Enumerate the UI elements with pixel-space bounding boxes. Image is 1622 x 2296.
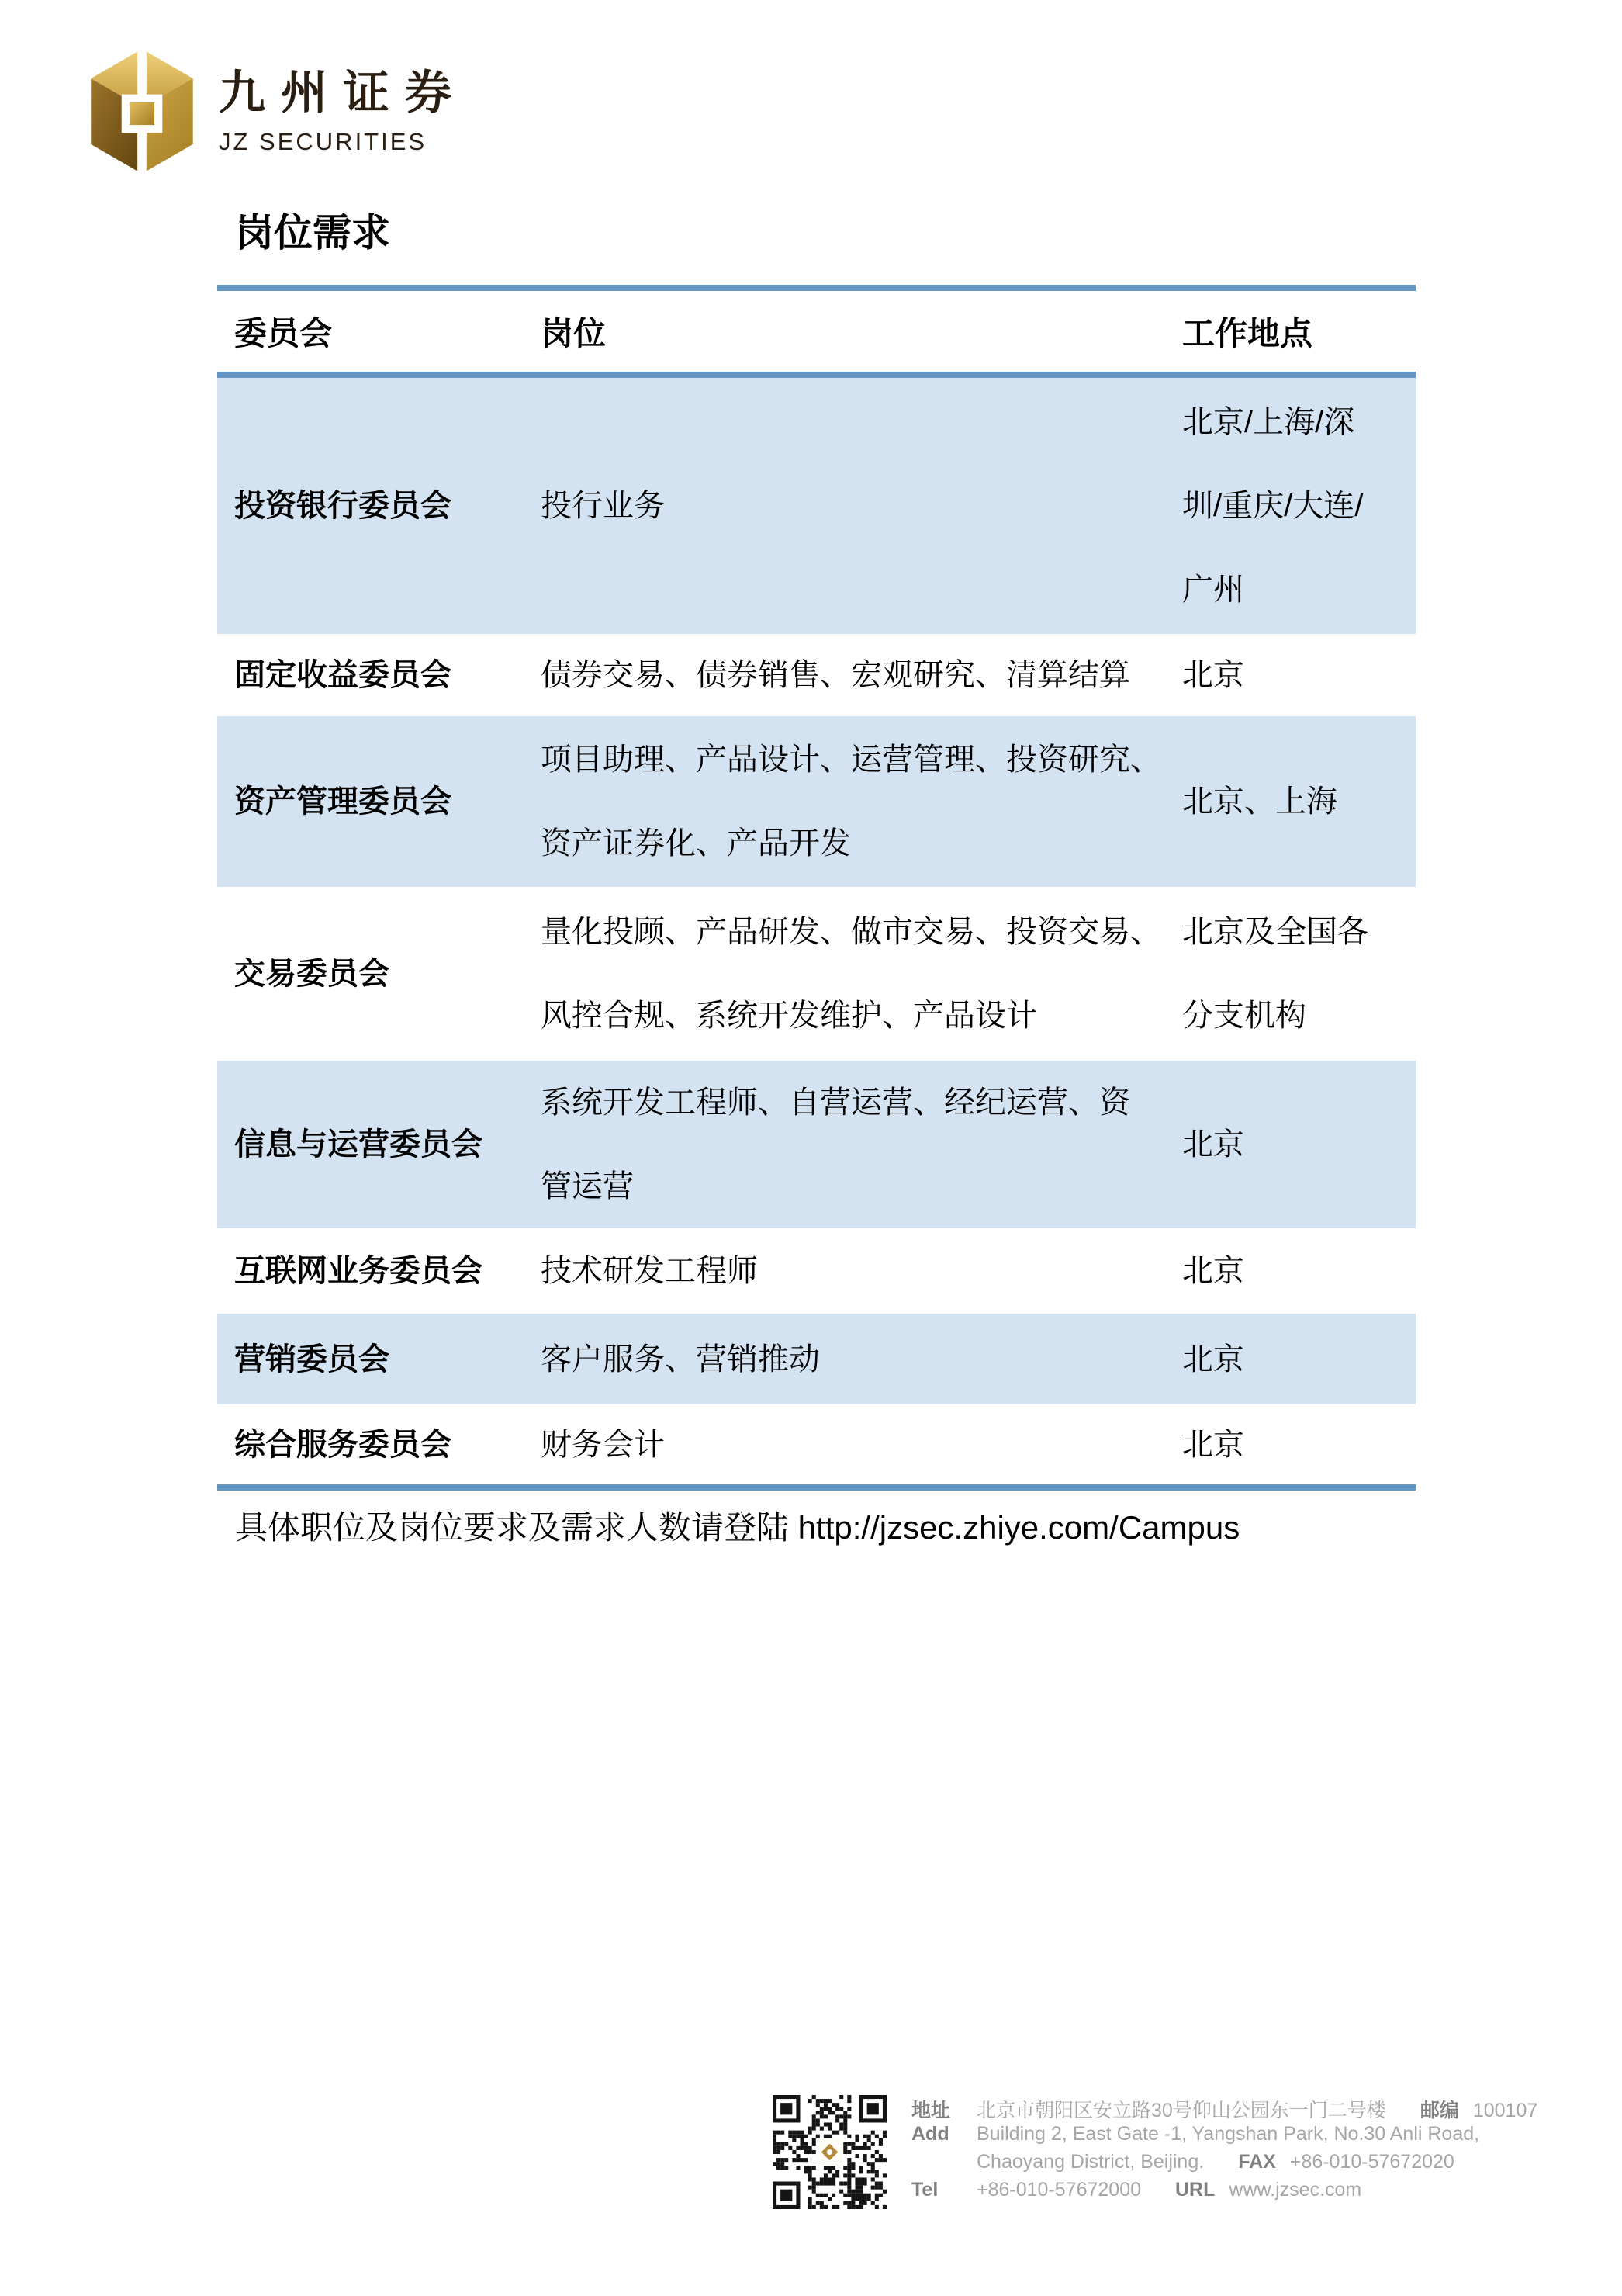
footer-line: Tel+86-010-57672000URLwww.jzsec.com <box>911 2179 1537 2207</box>
header-location: 工作地点 <box>1178 308 1416 355</box>
table-row: 投资银行委员会投行业务北京/上海/深 圳/重庆/大连/ 广州 <box>217 378 1416 634</box>
logo-chinese-name: 九州证券 <box>219 68 467 117</box>
page-title: 岗位需求 <box>235 210 390 256</box>
cell-committee: 营销委员会 <box>217 1314 541 1404</box>
table-header-row: 委员会 岗位 工作地点 <box>217 291 1416 372</box>
cell-location: 北京 <box>1178 1061 1416 1228</box>
footer-label: Add <box>911 2123 977 2145</box>
logo-english-name: JZ SECURITIES <box>219 128 467 156</box>
footer-value: +86-010-57672020 <box>1290 2151 1454 2173</box>
footer-label: 邮编 <box>1420 2095 1459 2123</box>
cell-committee: 互联网业务委员会 <box>217 1228 541 1314</box>
qr-code <box>773 2095 887 2209</box>
cell-location: 北京 <box>1178 1228 1416 1314</box>
footer-label: Tel <box>911 2179 977 2201</box>
table-row: 交易委员会量化投顾、产品研发、做市交易、投资交易、 风控合规、系统开发维护、产品… <box>217 887 1416 1061</box>
table-row: 资产管理委员会项目助理、产品设计、运营管理、投资研究、 资产证券化、产品开发北京… <box>217 716 1416 887</box>
table-top-border <box>217 285 1416 291</box>
company-logo: 九州证券 JZ SECURITIES <box>85 47 467 182</box>
cell-position: 投行业务 <box>541 378 1178 634</box>
cell-location: 北京、上海 <box>1178 716 1416 887</box>
footer-label: 地址 <box>911 2095 977 2123</box>
cell-location: 北京 <box>1178 1404 1416 1484</box>
cell-position: 财务会计 <box>541 1404 1178 1484</box>
table-header-divider <box>217 372 1416 378</box>
footer-lines: 地址北京市朝阳区安立路30号仰山公园东一门二号楼邮编100107AddBuild… <box>911 2095 1537 2207</box>
cell-position: 客户服务、营销推动 <box>541 1314 1178 1404</box>
footer-line: 地址北京市朝阳区安立路30号仰山公园东一门二号楼邮编100107 <box>911 2095 1537 2123</box>
cell-location: 北京 <box>1178 634 1416 716</box>
cell-position: 量化投顾、产品研发、做市交易、投资交易、 风控合规、系统开发维护、产品设计 <box>541 887 1178 1061</box>
table-row: 营销委员会客户服务、营销推动北京 <box>217 1314 1416 1404</box>
table-row: 信息与运营委员会系统开发工程师、自营运营、经纪运营、资 管运营北京 <box>217 1061 1416 1228</box>
table-row: 固定收益委员会债券交易、债券销售、宏观研究、清算结算北京 <box>217 634 1416 716</box>
cell-location: 北京/上海/深 圳/重庆/大连/ 广州 <box>1178 378 1416 634</box>
footer-label: URL <box>1175 2179 1215 2201</box>
header-committee: 委员会 <box>217 308 541 355</box>
footer-value: 100107 <box>1473 2100 1537 2122</box>
cell-committee: 综合服务委员会 <box>217 1404 541 1484</box>
cell-position: 系统开发工程师、自营运营、经纪运营、资 管运营 <box>541 1061 1178 1228</box>
jz-cube-logo-icon <box>85 47 199 182</box>
cell-position: 技术研发工程师 <box>541 1228 1178 1314</box>
cell-position: 项目助理、产品设计、运营管理、投资研究、 资产证券化、产品开发 <box>541 716 1178 887</box>
footer-label: FAX <box>1238 2151 1276 2173</box>
header-position: 岗位 <box>541 308 1178 355</box>
cell-position: 债券交易、债券销售、宏观研究、清算结算 <box>541 634 1178 716</box>
footer-value: Building 2, East Gate -1, Yangshan Park,… <box>977 2123 1479 2145</box>
table-row: 综合服务委员会财务会计北京 <box>217 1404 1416 1484</box>
footer-value: +86-010-57672000 <box>977 2179 1141 2201</box>
footer-line: Chaoyang District, Beijing.FAX+86-010-57… <box>911 2151 1537 2179</box>
footer-value: Chaoyang District, Beijing. <box>977 2151 1204 2173</box>
cell-location: 北京及全国各 分支机构 <box>1178 887 1416 1061</box>
cell-committee: 交易委员会 <box>217 887 541 1061</box>
cell-committee: 投资银行委员会 <box>217 378 541 634</box>
footer-value: www.jzsec.com <box>1229 2179 1361 2201</box>
cell-committee: 资产管理委员会 <box>217 716 541 887</box>
footer-line: AddBuilding 2, East Gate -1, Yangshan Pa… <box>911 2123 1537 2151</box>
table-body: 投资银行委员会投行业务北京/上海/深 圳/重庆/大连/ 广州固定收益委员会债券交… <box>217 378 1416 1484</box>
note-text: 具体职位及岗位要求及需求人数请登陆 http://jzsec.zhiye.com… <box>235 1507 1240 1550</box>
cell-committee: 固定收益委员会 <box>217 634 541 716</box>
job-requirements-table: 委员会 岗位 工作地点 投资银行委员会投行业务北京/上海/深 圳/重庆/大连/ … <box>217 285 1416 1491</box>
cell-committee: 信息与运营委员会 <box>217 1061 541 1228</box>
footer-value: 北京市朝阳区安立路30号仰山公园东一门二号楼 <box>977 2095 1386 2123</box>
table-row: 互联网业务委员会技术研发工程师北京 <box>217 1228 1416 1314</box>
cell-location: 北京 <box>1178 1314 1416 1404</box>
